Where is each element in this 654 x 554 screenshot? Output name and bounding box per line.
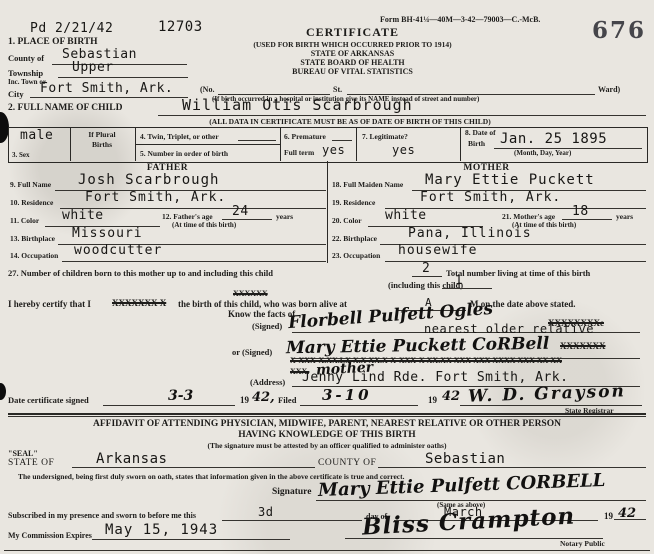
mother-occupation-value: housewife [398, 243, 477, 258]
scan-dot-artifact [0, 383, 6, 400]
commission-underline [92, 538, 290, 540]
registrar-underline [460, 404, 642, 406]
father-birthplace-label: 13. Birthplace [10, 234, 55, 243]
stamp-number: 676 [592, 17, 646, 44]
full-term-value: yes [322, 143, 345, 157]
board-line: STATE BOARD OF HEALTH [205, 58, 500, 67]
county-of-label: COUNTY OF [318, 458, 376, 468]
table-divider-4 [356, 127, 357, 161]
notary-label: Notary Public [560, 539, 605, 548]
affidavit-note: (The signature must be attested by an of… [8, 441, 646, 450]
address-label: (Address) [250, 377, 285, 387]
children-living-underline [442, 287, 492, 289]
overtype-correction: XXXXXX [233, 289, 268, 298]
mother-age-underline [562, 218, 612, 220]
paid-note: Pd 2/21/42 [30, 21, 113, 36]
mother-age-label: 21. Mother's age [502, 212, 555, 221]
twin-blank [238, 139, 276, 141]
state-of-label: STATE OF [8, 458, 54, 468]
city-label: City [8, 89, 24, 99]
sex-value: male [20, 128, 53, 143]
county-of-value: Sebastian [425, 451, 505, 467]
father-age-label: 12. Father's age [162, 212, 213, 221]
mother-birthplace-label: 22. Birthplace [332, 234, 377, 243]
date-signed-value: 3-3 [168, 388, 193, 404]
section-rule-thin [8, 415, 646, 417]
certificate-title: CERTIFICATE [205, 25, 500, 40]
father-birthplace-value: Missouri [72, 226, 143, 241]
year2-value: 42 [442, 389, 460, 404]
full-term-label: Full term [284, 148, 314, 157]
father-occupation-label: 14. Occupation [10, 251, 58, 260]
father-color-label: 11. Color [10, 216, 39, 225]
form-number: Form BH-41¼—40M—3-42—79003—C.-McB. [380, 15, 540, 24]
premature-blank [332, 139, 352, 141]
plural-births-label: If Plural Births [71, 130, 133, 150]
dob-label-1: 8. Date of [465, 128, 496, 137]
certificate-subtitle: (USED FOR BIRTH WHICH OCCURRED PRIOR TO … [205, 40, 500, 49]
certify-struck-word: XXXXXXX X [112, 298, 166, 308]
year2-prefix: 19 [428, 395, 437, 405]
all-data-note: (ALL DATA IN CERTIFICATE MUST BE AS OF D… [130, 117, 570, 126]
dob-label-2: Birth [468, 139, 485, 148]
date-signed-underline [103, 404, 235, 406]
twin-label: 4. Twin, Triplet, or other [140, 132, 219, 141]
table-divider-5 [460, 127, 461, 161]
street-st-label: St. [333, 85, 342, 94]
certificate-header: CERTIFICATE (USED FOR BIRTH WHICH OCCURR… [205, 25, 500, 76]
legitimate-label: 7. Legitimate? [362, 132, 408, 141]
mother-color-value: white [385, 208, 427, 223]
certify-text-pre: I hereby certify that I [8, 299, 91, 309]
subscribed-text: Subscribed in my presence and sworn to b… [8, 511, 196, 520]
know-facts-text: Know the facts of [228, 309, 295, 319]
ward-label: Ward) [598, 85, 620, 94]
affidavit-heading-1: AFFIDAVIT OF ATTENDING PHYSICIAN, MIDWIF… [8, 419, 646, 429]
children-living-value: 1 [455, 273, 463, 287]
filed-value: 3-10 [322, 386, 372, 404]
sex-label: 3. Sex [12, 151, 30, 159]
father-occupation-underline [62, 260, 326, 262]
father-occupation-value: woodcutter [74, 243, 162, 258]
mother-age-value: 18 [572, 204, 589, 219]
city-value: Fort Smith, Ark. [40, 81, 173, 96]
mother-color-label: 20. Color [332, 216, 362, 225]
affidavit-heading-2: HAVING KNOWLEDGE OF THIS BIRTH [8, 430, 646, 440]
commission-label: My Commission Expires [8, 531, 92, 540]
township-label: Township [8, 68, 43, 78]
date-signed-label: Date certificate signed [8, 395, 89, 405]
children-count-label: 27. Number of children born to this moth… [8, 268, 273, 278]
seal-label: "SEAL" [8, 449, 38, 458]
address-value: Jenny Lind Rde. Fort Smith, Ark. [302, 370, 568, 385]
father-residence-value: Fort Smith, Ark. [85, 190, 226, 205]
street-no-label: (No. [200, 85, 214, 94]
twin-row-divider [136, 144, 280, 145]
struck-after-relative: XXXXXXXXe [548, 318, 604, 328]
order-label: 5. Number in order of birth [140, 149, 228, 158]
mother-name-label: 18. Full Maiden Name [332, 180, 403, 189]
township-underline [58, 76, 188, 78]
bureau-line: BUREAU OF VITAL STATISTICS [205, 67, 500, 76]
sworn-year-underline [614, 518, 646, 520]
state-registrar-signature: W. D. Grayson [468, 381, 627, 406]
bottom-rule [4, 549, 650, 551]
state-line: STATE OF ARKANSAS [205, 49, 500, 58]
place-of-birth-label: 1. PLACE OF BIRTH [8, 37, 98, 47]
filed-label: Filed [278, 395, 296, 405]
parent-column-divider [327, 161, 328, 263]
state-of-value: Arkansas [96, 451, 167, 467]
city-underline [30, 96, 188, 98]
county-label: County of [8, 53, 44, 63]
legitimate-value: yes [392, 143, 415, 157]
township-value: Upper [72, 60, 114, 75]
father-name-label: 9. Full Name [10, 180, 51, 189]
state-of-underline [72, 466, 315, 468]
table-divider-3 [280, 127, 281, 161]
children-count-underline [412, 275, 442, 277]
sworn-year-prefix: 19 [604, 511, 613, 521]
children-living-label: Total number living at time of this birt… [446, 268, 590, 278]
mother-age-suffix: years [616, 212, 633, 221]
father-age-note: (At time of this birth) [172, 221, 236, 229]
dob-value: Jan. 25 1895 [500, 131, 607, 147]
mother-name-value: Mary Ettie Puckett [425, 172, 595, 188]
child-name-value: William Otis Scarbrough [182, 96, 413, 114]
father-color-value: white [62, 208, 104, 223]
signed-label: (Signed) [252, 321, 282, 331]
notary-signature: Bliss Crampton [361, 502, 575, 540]
children-count-value: 2 [422, 261, 430, 276]
dob-note: (Month, Day, Year) [514, 149, 571, 157]
mother-birthplace-value: Pana, Illinois [408, 226, 532, 241]
certify-text-post: the birth of this child, who was born al… [178, 299, 347, 309]
father-residence-label: 10. Residence [10, 198, 53, 207]
commission-value: May 15, 1943 [105, 522, 218, 538]
father-age-underline [222, 218, 272, 220]
father-name-value: Josh Scarbrough [78, 172, 219, 188]
mother-residence-value: Fort Smith, Ark. [420, 190, 561, 205]
signature-label: Signature [272, 487, 311, 497]
year1-value: 42, [252, 390, 275, 405]
mother-occupation-label: 23. Occupation [332, 251, 380, 260]
father-age-value: 24 [232, 204, 249, 219]
child-name-label: 2. FULL NAME OF CHILD [8, 103, 122, 113]
county-of-underline [378, 466, 646, 468]
struck-after-signature-2: XXXXXXX [560, 341, 606, 351]
informant-signature-2: Mary Ettie Puckett CoRBell [286, 334, 550, 359]
filed-underline [300, 404, 418, 406]
birth-certificate-scan: Pd 2/21/42 12703 Form BH-41¼—40M—3-42—79… [0, 0, 654, 554]
mother-residence-label: 19. Residence [332, 198, 375, 207]
file-number: 12703 [158, 19, 203, 35]
day-underline [222, 519, 362, 521]
child-name-underline [158, 114, 646, 116]
premature-label: 6. Premature [284, 132, 326, 141]
or-signed-label: or (Signed) [232, 347, 272, 357]
year1-prefix: 19 [240, 395, 249, 405]
father-age-suffix: years [276, 212, 293, 221]
day-value: 3d [258, 505, 273, 519]
